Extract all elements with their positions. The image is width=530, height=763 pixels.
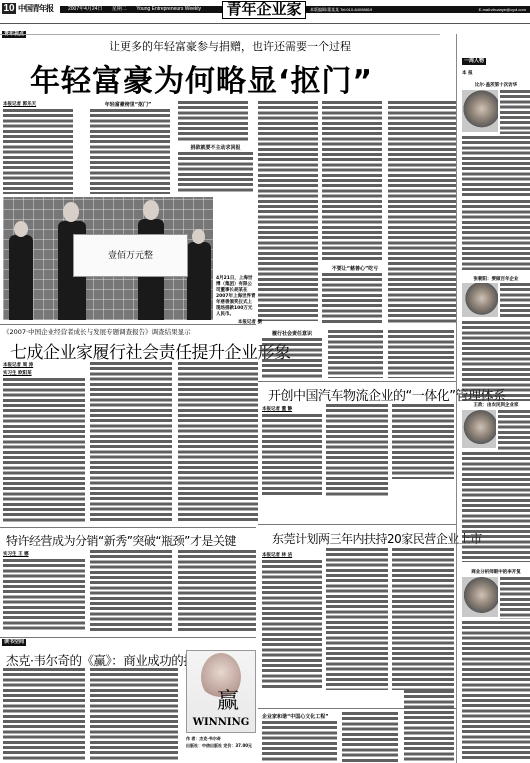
survey-subhead: 履行社会责任意识	[262, 330, 322, 337]
book-section-tag: 读书空间	[2, 639, 26, 646]
profile-photo-zhang	[462, 283, 498, 317]
editor-line: 本版编辑/董某某 Tel:010-64098819	[310, 6, 372, 13]
lead-body-col5b	[322, 273, 382, 323]
lead-kicker: 让更多的年轻富豪参与捐赠，也许还需要一个过程	[80, 38, 380, 54]
sidebar-byline: 本 报	[462, 70, 473, 76]
lead-photo: 壹佰万元整	[3, 197, 213, 320]
sidebar-body-2b	[462, 321, 530, 401]
logistics-body-col3	[392, 404, 454, 479]
sidebar-profile-1-title: 比尔·盖茨第十次访华	[462, 82, 530, 88]
book-info-publisher: 出版社：中信出版社 定价：37.00元	[186, 743, 258, 749]
dongguan-body-col1	[262, 560, 322, 690]
lead-headline: 年轻富豪为何略显‘抠门”	[30, 56, 373, 100]
sidebar-profile-3-title: 王政：由农民到企业家	[462, 402, 530, 408]
survey-byline-2: 实习生 欧阳某	[3, 370, 32, 376]
lead-body-col2	[90, 109, 170, 194]
logistics-body-col2	[326, 404, 388, 496]
issue-weekday: 星期二	[112, 6, 127, 12]
masthead-bar-right: 本版编辑/董某某 Tel:010-64098819 E-mail:zhuanye…	[306, 6, 530, 13]
section-title: 青年企业家	[222, 1, 306, 19]
lead-subhead-3: 不要让“慈善心”吃亏	[325, 265, 385, 272]
sidebar-body-1a	[500, 90, 530, 134]
divider	[0, 637, 256, 638]
book-info-author: 作 者：杰克·韦尔奇	[186, 736, 258, 742]
photo-credit: 本报记者 摄	[232, 320, 262, 326]
lead-body-col5	[322, 101, 382, 261]
book-cover-cn: 赢	[217, 691, 239, 713]
divider	[258, 524, 456, 525]
survey-body-col1	[3, 378, 85, 523]
lead-photo-caption: 4月21日，上海世博（集团）有限公司董事长胡某在2007年上海世界青年慈善颁奖仪…	[216, 276, 256, 318]
lead-body-col4	[258, 101, 318, 321]
dongguan-headline: 东莞计划两三年内扶持20家民营企业上市	[272, 530, 482, 547]
distribution-byline: 实习生 王 娜	[3, 551, 29, 557]
masthead-bar: 2007年4月24日 星期二 Young Entrepreneurs Weekl…	[60, 6, 228, 13]
dongguan-body-col2	[326, 548, 388, 690]
survey-body-col6	[388, 330, 454, 378]
survey-body-col5	[328, 330, 383, 378]
lead-body-col1	[3, 109, 73, 194]
book-headline: 杰克·韦尔奇的《赢》：商业成功的指南	[6, 651, 207, 669]
lead-byline: 本报记者 郭乐天	[3, 101, 36, 107]
book-cover-en: WINNING	[187, 717, 255, 728]
masthead-rule	[0, 23, 530, 24]
sidebar-body-1b	[462, 136, 530, 198]
sidebar-profile-4-title: 商业分析师眼中的李开复	[462, 569, 530, 575]
lead-subhead-1: 年轻富豪榜里“抠门”	[88, 101, 168, 108]
survey-headline: 七成企业家履行社会责任提升企业形象	[10, 338, 291, 363]
sidebar-body-1c	[462, 200, 530, 270]
book-body-col2	[90, 668, 178, 761]
profile-photo-gates	[462, 90, 498, 132]
lead-body-col6	[388, 101, 456, 323]
sidebar-body-3b	[462, 452, 530, 562]
sidebar-body-4b	[462, 621, 530, 761]
divider	[0, 527, 256, 528]
survey-byline-1: 本报记者 周 涛	[3, 362, 33, 368]
divider	[0, 34, 440, 35]
sidebar-body-4a	[500, 577, 530, 619]
culture-body-col1	[262, 721, 337, 761]
divider	[258, 381, 456, 382]
english-name: Young Entrepreneurs Weekly	[136, 6, 201, 12]
distribution-body-col2	[90, 550, 172, 631]
culture-body-col3	[404, 690, 454, 762]
dongguan-body-col3	[392, 548, 454, 690]
email-link[interactable]: E-mail:zhuanye@cyol.com	[479, 6, 526, 13]
lead-body-col3a	[178, 101, 248, 141]
survey-body-col4	[262, 338, 322, 378]
sidebar-body-2a	[500, 283, 530, 319]
survey-body-col2	[90, 362, 172, 523]
issue-date: 2007年4月24日	[68, 6, 102, 12]
survey-body-col3	[178, 362, 258, 523]
divider	[0, 324, 256, 325]
profile-photo-lee	[462, 577, 498, 617]
paper-logo: 中国青年报	[18, 3, 53, 14]
page-number: 10	[2, 3, 16, 14]
distribution-body-col1	[3, 559, 85, 631]
logistics-byline: 本报记者 董 静	[262, 406, 292, 412]
distribution-body-col3	[178, 550, 256, 631]
donation-check: 壹佰万元整	[73, 234, 188, 277]
logistics-body-col1	[262, 414, 322, 496]
survey-kicker: 《2007·中国企业经营者成长与发展专题调查报告》调查结果显示	[3, 327, 191, 336]
distribution-headline: 特许经营成为分销“新秀”突破“瓶颈”才是关键	[6, 532, 236, 549]
lead-subhead-2: 捐款就要不主动求回报	[178, 144, 253, 151]
profile-photo-wang	[462, 410, 496, 448]
sidebar-profile-2-title: 张朝阳：要做百年企业	[462, 276, 530, 282]
sidebar-body-3a	[498, 410, 530, 450]
lead-body-col3b	[178, 152, 253, 192]
culture-body-col2	[342, 712, 398, 762]
book-body-col1	[3, 668, 85, 761]
book-cover-image: 赢 WINNING	[186, 650, 256, 733]
dongguan-byline: 本报记者 林 洁	[262, 552, 292, 558]
sidebar-section-tag: 一周人物	[462, 58, 486, 65]
